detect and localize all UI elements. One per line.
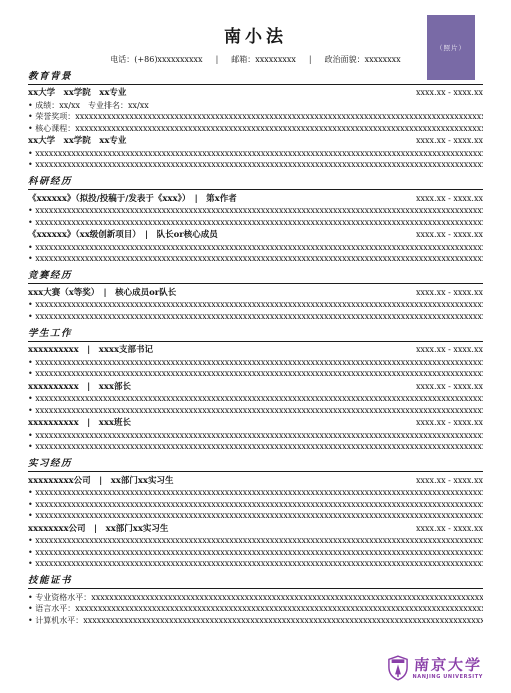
bullet-line: 荣誉奖项：xxxxxxxxxxxxxxxxxxxxxxxxxxxxxxxxxxx… [28,111,483,123]
entry-title: xxxxxxxxxx | xxx班长 [28,418,131,430]
bullet-line: xxxxxxxxxxxxxxxxxxxxxxxxxxxxxxxxxxxxxxxx… [28,148,483,160]
bullet-line: xxxxxxxxxxxxxxxxxxxxxxxxxxxxxxxxxxxxxxxx… [28,487,483,499]
bullet-line: 核心课程：xxxxxxxxxxxxxxxxxxxxxxxxxxxxxxxxxxx… [28,123,483,135]
section-title: 科研经历 [28,176,483,190]
entry-heading-row: xxxxxxxxx公司 | xx部门xx实习生xxxx.xx - xxxx.xx [28,475,483,488]
bullet-line: xxxxxxxxxxxxxxxxxxxxxxxxxxxxxxxxxxxxxxxx… [28,242,483,254]
bullet-line: xxxxxxxxxxxxxxxxxxxxxxxxxxxxxxxxxxxxxxxx… [28,217,483,229]
bullet-line: xxxxxxxxxxxxxxxxxxxxxxxxxxxxxxxxxxxxxxxx… [28,535,483,547]
candidate-name: 南小法 [28,22,483,47]
bullet-line: 语言水平：xxxxxxxxxxxxxxxxxxxxxxxxxxxxxxxxxxx… [28,603,483,615]
resume-body: 南小法 电话：(+86)xxxxxxxxxx | 邮箱：xxxxxxxxx | … [28,0,483,626]
bullet-line: xxxxxxxxxxxxxxxxxxxxxxxxxxxxxxxxxxxxxxxx… [28,547,483,559]
entry-title: xx大学 xx学院 xx专业 [28,136,126,148]
entry-title: xx大学 xx学院 xx专业 [28,88,126,100]
resume-section: 技能证书专业资格水平：xxxxxxxxxxxxxxxxxxxxxxxxxxxxx… [28,575,483,626]
bullet-line: xxxxxxxxxxxxxxxxxxxxxxxxxxxxxxxxxxxxxxxx… [28,253,483,265]
entry-heading-row: xx大学 xx学院 xx专业xxxx.xx - xxxx.xx [28,87,483,100]
entry-heading-row: 《xxxxxx》（xx级创新项目） | 队长or核心成员xxxx.xx - xx… [28,229,483,242]
contact-line: 电话：(+86)xxxxxxxxxx | 邮箱：xxxxxxxxx | 政治面貌… [28,54,483,65]
entry-title: xxxxxxxxxx | xxxx支部书记 [28,345,153,357]
entry-heading-row: xxx大赛（x等奖） | 核心成员or队长xxxx.xx - xxxx.xx [28,287,483,300]
contact-phone: 电话：(+86)xxxxxxxxxx [110,54,202,65]
entry-date: xxxx.xx - xxxx.xx [416,475,483,487]
bullet-line: xxxxxxxxxxxxxxxxxxxxxxxxxxxxxxxxxxxxxxxx… [28,205,483,217]
section-title: 实习经历 [28,458,483,472]
bullet-line: xxxxxxxxxxxxxxxxxxxxxxxxxxxxxxxxxxxxxxxx… [28,430,483,442]
resume-section: 学生工作xxxxxxxxxx | xxxx支部书记xxxx.xx - xxxx.… [28,328,483,453]
entry-heading-row: xx大学 xx学院 xx专业xxxx.xx - xxxx.xx [28,135,483,148]
bullet-line: xxxxxxxxxxxxxxxxxxxxxxxxxxxxxxxxxxxxxxxx… [28,405,483,417]
entry-date: xxxx.xx - xxxx.xx [416,87,483,99]
entry-heading-row: xxxxxxxxxx | xxx部长xxxx.xx - xxxx.xx [28,381,483,394]
bullet-line: xxxxxxxxxxxxxxxxxxxxxxxxxxxxxxxxxxxxxxxx… [28,558,483,570]
entry-title: 《xxxxxx》（xx级创新项目） | 队长or核心成员 [28,230,218,242]
section-title: 教育背景 [28,71,483,85]
university-shield-icon [388,655,408,681]
bullet-line: xxxxxxxxxxxxxxxxxxxxxxxxxxxxxxxxxxxxxxxx… [28,159,483,171]
entry-title: xxxxxxxxxx | xxx部长 [28,382,131,394]
entry-heading-row: 《xxxxxx》（拟投/投稿于/发表于《xxx》） | 第x作者xxxx.xx … [28,193,483,206]
entry-title: xxx大赛（x等奖） | 核心成员or队长 [28,288,176,300]
bullet-line: xxxxxxxxxxxxxxxxxxxxxxxxxxxxxxxxxxxxxxxx… [28,499,483,511]
entry-date: xxxx.xx - xxxx.xx [416,417,483,429]
entry-heading-row: xxxxxxxxxx | xxxx支部书记xxxx.xx - xxxx.xx [28,344,483,357]
bullet-line: xxxxxxxxxxxxxxxxxxxxxxxxxxxxxxxxxxxxxxxx… [28,311,483,323]
entry-heading-row: xxxxxxxx公司 | xx部门xx实习生xxxx.xx - xxxx.xx [28,523,483,536]
bullet-line: xxxxxxxxxxxxxxxxxxxxxxxxxxxxxxxxxxxxxxxx… [28,441,483,453]
entry-title: xxxxxxxxx公司 | xx部门xx实习生 [28,476,173,488]
bullet-line: 计算机水平：xxxxxxxxxxxxxxxxxxxxxxxxxxxxxxxxxx… [28,615,483,627]
bullet-line: xxxxxxxxxxxxxxxxxxxxxxxxxxxxxxxxxxxxxxxx… [28,299,483,311]
university-logo: 南京大学 NANJING UNIVERSITY [388,655,483,681]
resume-section: 竞赛经历xxx大赛（x等奖） | 核心成员or队长xxxx.xx - xxxx.… [28,270,483,322]
contact-divider: | [216,55,219,64]
university-name-en: NANJING UNIVERSITY [412,674,483,680]
bullet-line: xxxxxxxxxxxxxxxxxxxxxxxxxxxxxxxxxxxxxxxx… [28,357,483,369]
bullet-line: xxxxxxxxxxxxxxxxxxxxxxxxxxxxxxxxxxxxxxxx… [28,368,483,380]
bullet-line: 专业资格水平：xxxxxxxxxxxxxxxxxxxxxxxxxxxxxxxxx… [28,592,483,604]
sections-container: 教育背景xx大学 xx学院 xx专业xxxx.xx - xxxx.xx成绩：xx… [28,71,483,627]
contact-politics: 政治面貌：xxxxxxxx [325,54,401,65]
entry-heading-row: xxxxxxxxxx | xxx班长xxxx.xx - xxxx.xx [28,417,483,430]
contact-email: 邮箱：xxxxxxxxx [231,54,296,65]
entry-date: xxxx.xx - xxxx.xx [416,523,483,535]
section-title: 学生工作 [28,328,483,342]
resume-page: （照片） 南小法 电话：(+86)xxxxxxxxxx | 邮箱：xxxxxxx… [0,0,511,693]
contact-divider: | [309,55,312,64]
resume-section: 实习经历xxxxxxxxx公司 | xx部门xx实习生xxxx.xx - xxx… [28,458,483,570]
bullet-line: 成绩：xx/xx 专业排名：xx/xx [28,100,483,112]
bullet-line: xxxxxxxxxxxxxxxxxxxxxxxxxxxxxxxxxxxxxxxx… [28,510,483,522]
entry-date: xxxx.xx - xxxx.xx [416,229,483,241]
entry-title: 《xxxxxx》（拟投/投稿于/发表于《xxx》） | 第x作者 [28,194,237,206]
entry-date: xxxx.xx - xxxx.xx [416,287,483,299]
entry-date: xxxx.xx - xxxx.xx [416,344,483,356]
entry-title: xxxxxxxx公司 | xx部门xx实习生 [28,524,168,536]
section-title: 竞赛经历 [28,270,483,284]
entry-date: xxxx.xx - xxxx.xx [416,381,483,393]
resume-section: 教育背景xx大学 xx学院 xx专业xxxx.xx - xxxx.xx成绩：xx… [28,71,483,171]
resume-section: 科研经历《xxxxxx》（拟投/投稿于/发表于《xxx》） | 第x作者xxxx… [28,176,483,265]
entry-date: xxxx.xx - xxxx.xx [416,135,483,147]
university-name-cn: 南京大学 [413,657,482,674]
section-title: 技能证书 [28,575,483,589]
bullet-line: xxxxxxxxxxxxxxxxxxxxxxxxxxxxxxxxxxxxxxxx… [28,393,483,405]
university-logo-text: 南京大学 NANJING UNIVERSITY [412,657,483,680]
entry-date: xxxx.xx - xxxx.xx [416,193,483,205]
